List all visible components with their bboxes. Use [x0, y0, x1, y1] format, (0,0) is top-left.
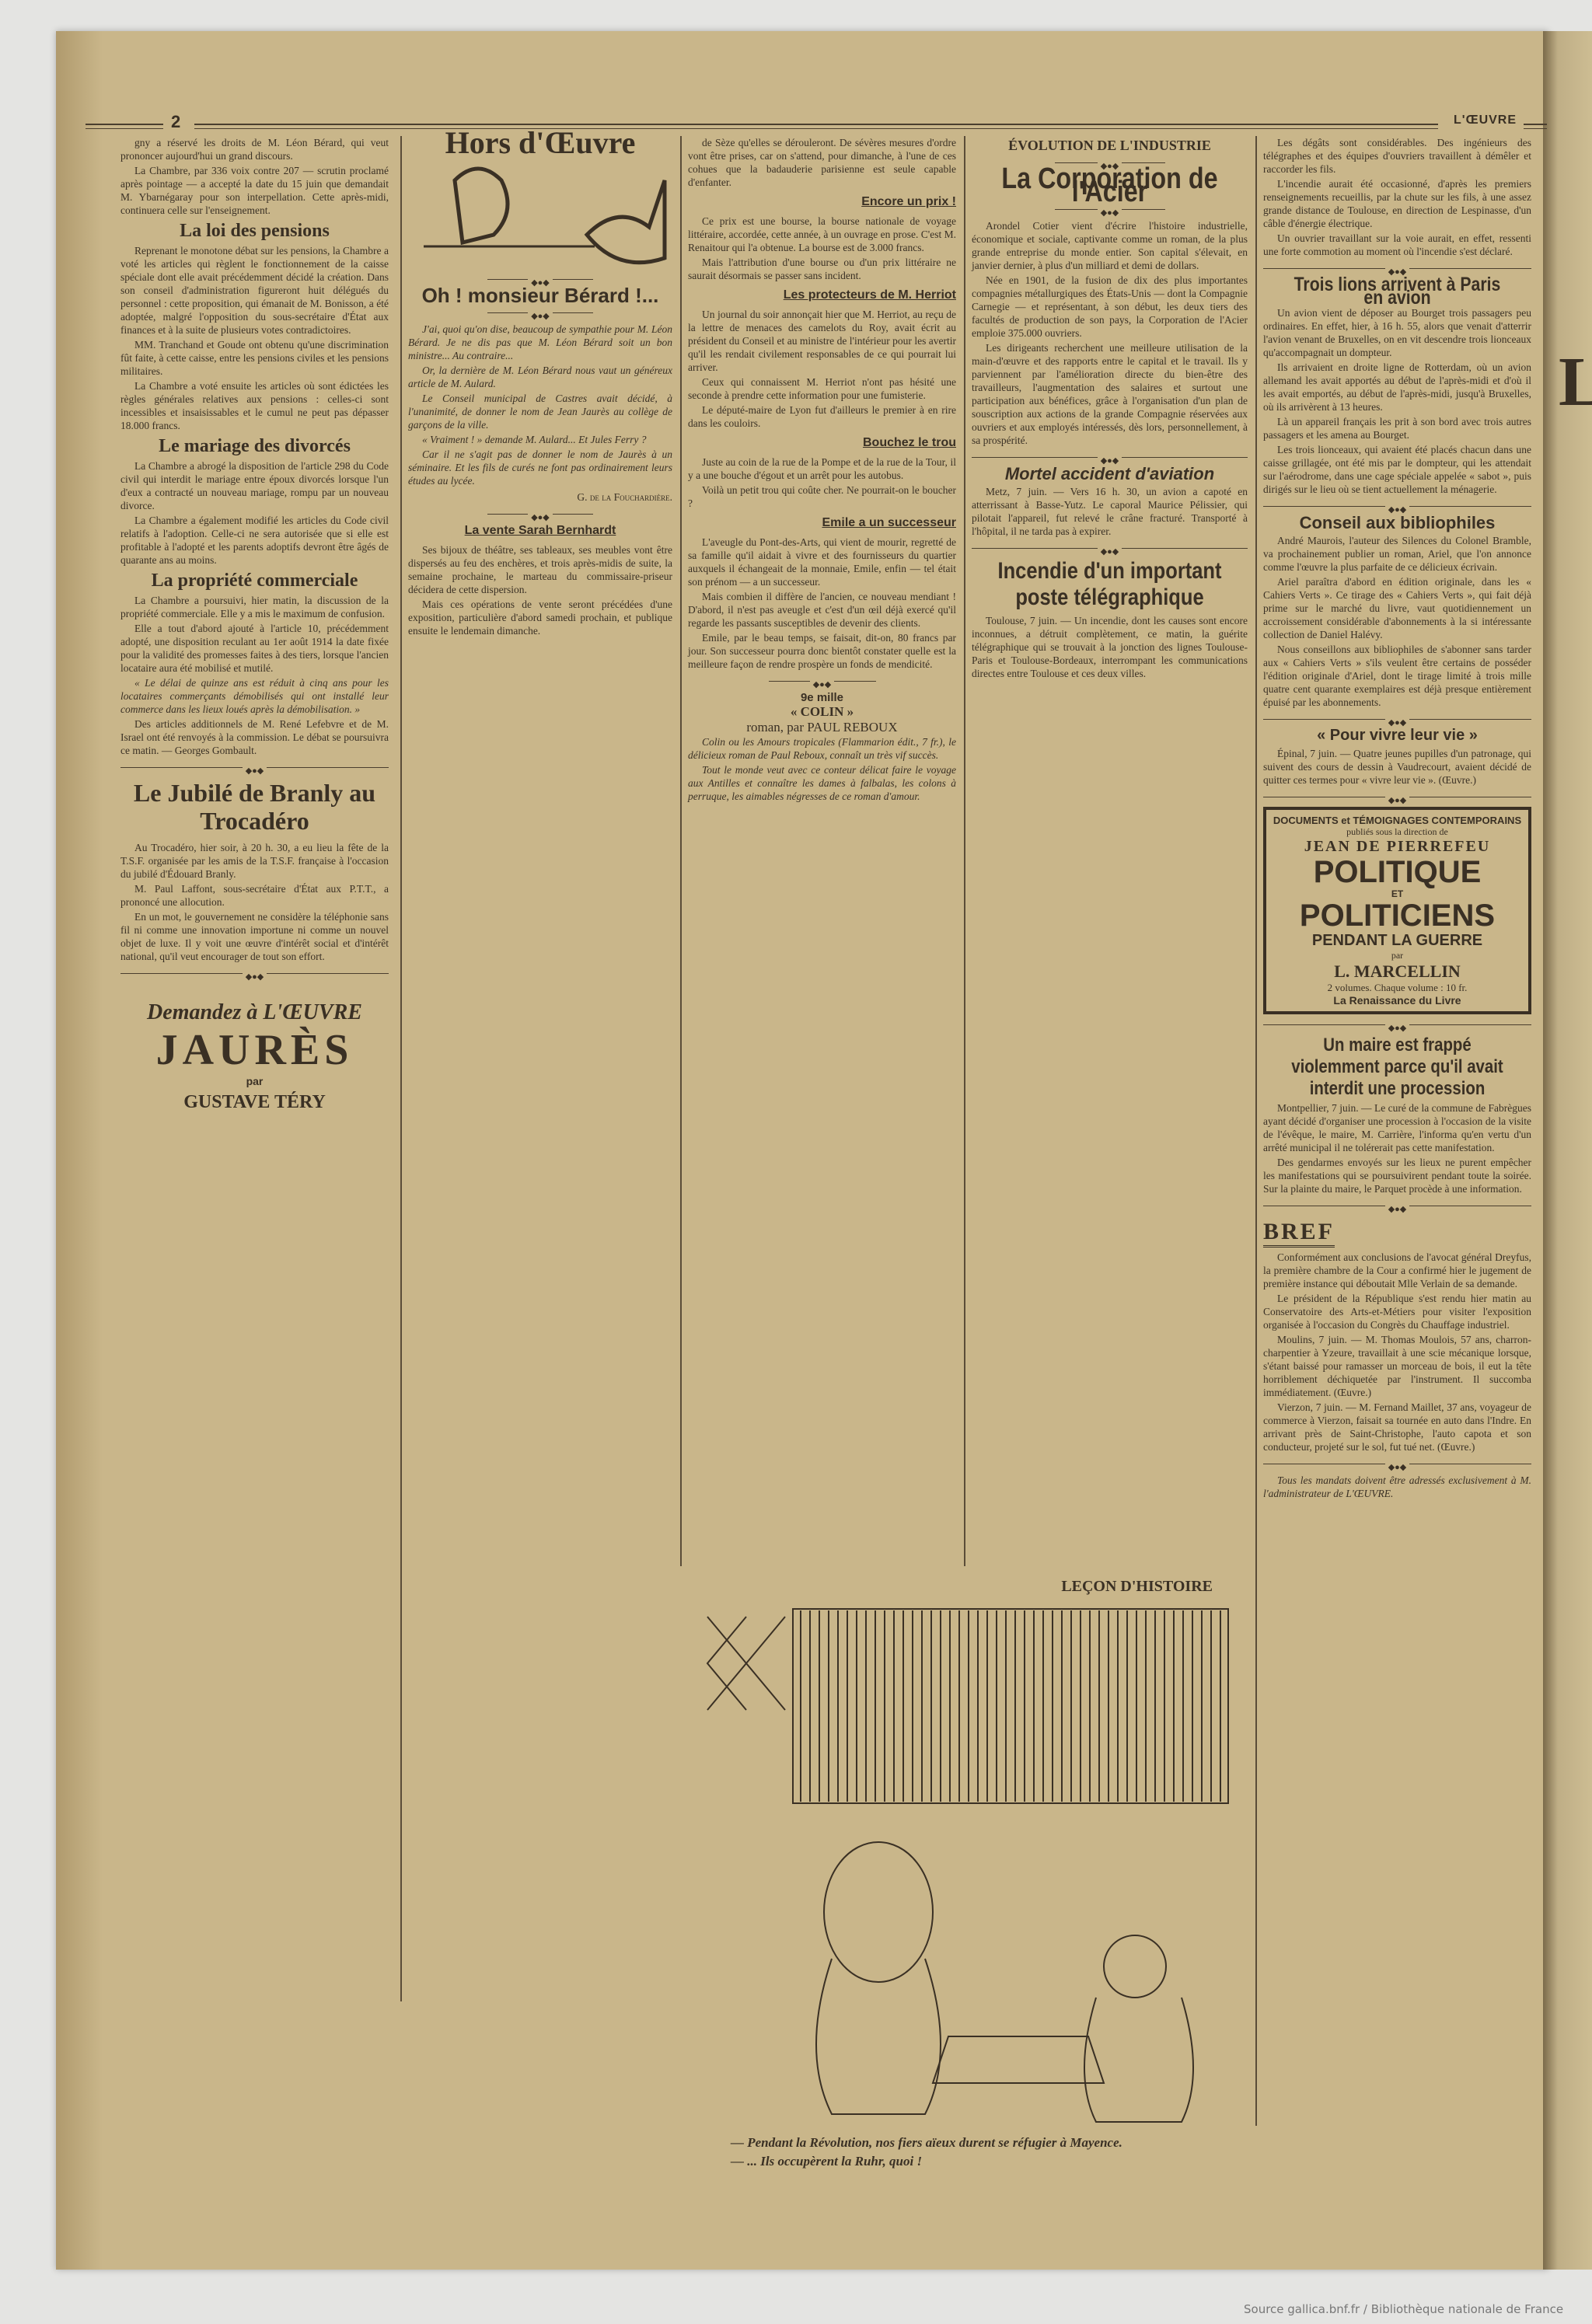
ad-colin-text: Colin ou les Amours tropicales (Flammari…	[688, 735, 956, 803]
ad-colin-edition: 9e mille	[688, 691, 956, 704]
page-edge	[56, 31, 103, 2270]
paragraph: Elle a tout d'abord ajouté à l'article 1…	[120, 622, 389, 675]
article-lions: Un avion vient de déposer au Bourget tro…	[1263, 306, 1531, 496]
cartoon-lecon-histoire: LEÇON D'HISTOIRE	[700, 1570, 1244, 2130]
paragraph: Mais ces opérations de vente seront préc…	[408, 598, 672, 637]
ad-colin: 9e mille « COLIN » roman, par PAUL REBOU…	[688, 691, 956, 735]
headline-maire: Un maire est frappé violemment parce qu'…	[1283, 1035, 1511, 1100]
column-3: de Sèze qu'elles se dérouleront. De sévè…	[688, 136, 956, 804]
paragraph: Un journal du soir annonçait hier que M.…	[688, 308, 956, 374]
ad-title1: POLITIQUE	[1271, 856, 1524, 888]
paragraph: Ils arrivaient en droite ligne de Rotter…	[1263, 361, 1531, 414]
ad-by: par	[1271, 950, 1524, 961]
article-incendie: Toulouse, 7 juin. — Un incendie, dont le…	[972, 614, 1248, 680]
headline-propriete: La propriété commerciale	[120, 574, 389, 588]
paragraph: Metz, 7 juin. — Vers 16 h. 30, un avion …	[972, 485, 1248, 538]
ad-line1: DOCUMENTS et TÉMOIGNAGES CONTEMPORAINS	[1271, 815, 1524, 826]
paragraph: Colin ou les Amours tropicales (Flammari…	[688, 735, 956, 762]
column-rule	[964, 136, 965, 1566]
paragraph: Les dégâts sont considérables. Des ingén…	[1263, 136, 1531, 176]
headline-mariage: Le mariage des divorcés	[120, 440, 389, 453]
masthead: L'ŒUVRE	[1454, 113, 1517, 127]
article-propriete-closing: Des articles additionnels de M. René Lef…	[120, 717, 389, 757]
ornament-divider: ◆●◆	[1263, 1460, 1531, 1467]
paragraph: En un mot, le gouvernement ne considère …	[120, 910, 389, 963]
paragraph: Toulouse, 7 juin. — Un incendie, dont le…	[972, 614, 1248, 680]
ornament-divider: ◆●◆	[120, 969, 389, 977]
paragraph: Reprenant le monotone débat sur les pens…	[120, 244, 389, 337]
paragraph: Voilà un petit trou qui coûte cher. Ne p…	[688, 483, 956, 510]
ornament-divider: ◆●◆	[688, 677, 956, 685]
notice-mandats: Tous les mandats doivent être adressés e…	[1263, 1474, 1531, 1500]
article-sarah: Ses bijoux de théâtre, ses tableaux, ses…	[408, 543, 672, 637]
ad-line2: publiés sous la direction de	[1271, 826, 1524, 838]
article-branly: Au Trocadéro, hier soir, à 20 h. 30, a e…	[120, 841, 389, 963]
article-aviation: Metz, 7 juin. — Vers 16 h. 30, un avion …	[972, 485, 1248, 538]
headline-branly: Le Jubilé de Branly au Trocadéro	[120, 779, 389, 835]
source-credit: Source gallica.bnf.fr / Bibliothèque nat…	[1244, 2302, 1563, 2316]
ad-jaures: Demandez à L'ŒUVRE JAURÈS par GUSTAVE TÉ…	[120, 1000, 389, 1113]
paragraph: Moulins, 7 juin. — M. Thomas Moulois, 57…	[1263, 1333, 1531, 1399]
subhead-herriot: Les protecteurs de M. Herriot	[688, 288, 956, 302]
ad-colin-title: « COLIN »	[688, 704, 956, 720]
col3-intro: de Sèze qu'elles se dérouleront. De sévè…	[688, 136, 956, 189]
paragraph: Au Trocadéro, hier soir, à 20 h. 30, a e…	[120, 841, 389, 881]
article-mariage: La Chambre a abrogé la disposition de l'…	[120, 459, 389, 567]
ornament-divider: ◆●◆	[972, 205, 1248, 213]
paragraph: Épinal, 7 juin. — Quatre jeunes pupilles…	[1263, 747, 1531, 787]
paragraph: Arondel Cotier vient d'écrire l'histoire…	[972, 219, 1248, 272]
paragraph: Nous conseillons aux bibliophiles de s'a…	[1263, 643, 1531, 709]
headline-pensions: La loi des pensions	[120, 225, 389, 238]
ornament-divider: ◆●◆	[1263, 264, 1531, 272]
paragraph: Les trois lionceaux, qui avaient été pla…	[1263, 443, 1531, 496]
paragraph: Juste au coin de la rue de la Pompe et d…	[688, 455, 956, 482]
column-rule	[1255, 136, 1257, 2126]
article-vivre: Épinal, 7 juin. — Quatre jeunes pupilles…	[1263, 747, 1531, 787]
cartoon-title: LEÇON D'HISTOIRE	[1061, 1578, 1213, 1596]
paragraph: Ariel paraîtra d'abord en édition origin…	[1263, 575, 1531, 641]
ad-price: 2 volumes. Chaque volume : 10 fr.	[1271, 982, 1524, 994]
headline-berard: Oh ! monsieur Bérard !...	[408, 289, 672, 302]
ornament-divider: ◆●◆	[1263, 793, 1531, 801]
headline-vivre: « Pour vivre leur vie »	[1263, 729, 1531, 742]
subhead-trou: Bouchez le trou	[688, 436, 956, 449]
ad-et: ET	[1271, 888, 1524, 899]
paragraph: « Le délai de quinze ans est réduit à ci…	[120, 676, 389, 716]
rubric-illustration-icon	[408, 149, 672, 266]
paragraph: Ce prix est une bourse, la bourse nation…	[688, 215, 956, 254]
paragraph: Un avion vient de déposer au Bourget tro…	[1263, 306, 1531, 359]
ornament-divider: ◆●◆	[408, 275, 672, 283]
article-trou: Juste au coin de la rue de la Pompe et d…	[688, 455, 956, 510]
column-rule	[400, 136, 402, 2001]
article-herriot: Un journal du soir annonçait hier que M.…	[688, 308, 956, 430]
article-pensions: Reprenant le monotone débat sur les pens…	[120, 244, 389, 432]
article-bref: Conformément aux conclusions de l'avocat…	[1263, 1251, 1531, 1453]
ornament-divider: ◆●◆	[1263, 1202, 1531, 1209]
kicker-industrie: ÉVOLUTION DE L'INDUSTRIE	[972, 139, 1248, 152]
column-2: Hors d'Œuvre ◆●◆ Oh ! monsieur Bérard !.…	[408, 136, 672, 639]
ad-publisher: La Renaissance du Livre	[1271, 994, 1524, 1007]
paragraph: La Chambre, par 336 voix contre 207 — sc…	[120, 164, 389, 217]
ornament-divider: ◆●◆	[972, 544, 1248, 552]
ornament-divider: ◆●◆	[1263, 715, 1531, 723]
cartoon-caption: — Pendant la Révolution, nos fiers aïeux…	[731, 2134, 1122, 2171]
paragraph: Or, la dernière de M. Léon Bérard nous v…	[408, 364, 672, 390]
paragraph: La Chambre a abrogé la disposition de l'…	[120, 459, 389, 512]
page-number: 2	[171, 112, 180, 132]
article-maire: Montpellier, 7 juin. — Le curé de la com…	[1263, 1101, 1531, 1195]
ad-title3: PENDANT LA GUERRE	[1271, 932, 1524, 950]
page-header: 2 L'ŒUVRE	[86, 117, 1547, 132]
article-prix: Ce prix est une bourse, la bourse nation…	[688, 215, 956, 282]
ornament-divider: ◆●◆	[1263, 1021, 1531, 1028]
article-propriete-quote: « Le délai de quinze ans est réduit à ci…	[120, 676, 389, 716]
column-1: gny a réservé les droits de M. Léon Béra…	[120, 136, 389, 1113]
paragraph: Conformément aux conclusions de l'avocat…	[1263, 1251, 1531, 1290]
paragraph: J'ai, quoi qu'on dise, beaucoup de sympa…	[408, 323, 672, 362]
cartoon-illustration-icon	[700, 1601, 1244, 2130]
paragraph: Les dirigeants recherchent une meilleure…	[972, 341, 1248, 447]
paragraph: Mais l'attribution d'une bourse ou d'un …	[688, 256, 956, 282]
ad-jaures-by: par	[120, 1075, 389, 1087]
paragraph: Le député-maire de Lyon fut d'ailleurs l…	[688, 403, 956, 430]
ad-colin-byline: roman, par PAUL REBOUX	[688, 720, 956, 735]
col5-intro: Les dégâts sont considérables. Des ingén…	[1263, 136, 1531, 258]
ornament-divider: ◆●◆	[408, 309, 672, 316]
article-acier: Arondel Cotier vient d'écrire l'histoire…	[972, 219, 1248, 447]
ad-title2: POLITICIENS	[1271, 899, 1524, 932]
column-rule	[680, 136, 682, 1566]
ornament-divider: ◆●◆	[1263, 502, 1531, 510]
headline-incendie: Incendie d'un important poste télégraphi…	[993, 558, 1227, 611]
paragraph: Vierzon, 7 juin. — M. Fernand Maillet, 3…	[1263, 1401, 1531, 1453]
paragraph: André Maurois, l'auteur des Silences du …	[1263, 534, 1531, 574]
ad-jaures-author: GUSTAVE TÉRY	[120, 1092, 389, 1113]
headline-lions: Trois lions arrivent à Paris en avion	[1283, 278, 1511, 305]
headline-bref: BREF	[1263, 1219, 1335, 1247]
subhead-sarah: La vente Sarah Bernhardt	[408, 524, 672, 537]
ad-jaures-line1: Demandez à L'ŒUVRE	[120, 1000, 389, 1025]
subhead-emile: Emile a un successeur	[688, 516, 956, 529]
paragraph: Montpellier, 7 juin. — Le curé de la com…	[1263, 1101, 1531, 1154]
paragraph: La Chambre a voté ensuite les articles o…	[120, 379, 389, 432]
paragraph: L'aveugle du Pont-des-Arts, qui vient de…	[688, 536, 956, 588]
ornament-divider: ◆●◆	[120, 763, 389, 771]
article-propriete: La Chambre a poursuivi, hier matin, la d…	[120, 594, 389, 675]
paragraph: La Chambre a également modifié les artic…	[120, 514, 389, 567]
paragraph: L'incendie aurait été occasionné, d'aprè…	[1263, 177, 1531, 230]
paragraph: Le président de la République s'est rend…	[1263, 1292, 1531, 1331]
rubric-hors-doeuvre: Hors d'Œuvre	[408, 136, 672, 149]
paragraph: Emile, par le beau temps, se faisait, di…	[688, 631, 956, 671]
paragraph: gny a réservé les droits de M. Léon Béra…	[120, 136, 389, 162]
signature: G. de la Fouchardière.	[408, 490, 672, 504]
ornament-divider: ◆●◆	[972, 453, 1248, 461]
ad-line3: JEAN DE PIERREFEU	[1271, 838, 1524, 856]
paragraph: Mais combien il diffère de l'ancien, ce …	[688, 590, 956, 630]
headline-aviation: Mortel accident d'aviation	[972, 467, 1248, 480]
ornament-divider: ◆●◆	[408, 510, 672, 518]
headline-biblio: Conseil aux bibliophiles	[1263, 516, 1531, 529]
article-biblio: André Maurois, l'auteur des Silences du …	[1263, 534, 1531, 709]
paragraph: Car il ne s'agit pas de donner le nom de…	[408, 448, 672, 487]
headline-acier: La Corporation de l'Acier	[993, 173, 1227, 199]
paragraph: Ses bijoux de théâtre, ses tableaux, ses…	[408, 543, 672, 596]
paragraph: Née en 1901, de la fusion de dix des plu…	[972, 274, 1248, 340]
paragraph: « Vraiment ! » demande M. Aulard... Et J…	[408, 433, 672, 446]
col1-intro: gny a réservé les droits de M. Léon Béra…	[120, 136, 389, 217]
article-berard: J'ai, quoi qu'on dise, beaucoup de sympa…	[408, 323, 672, 487]
paragraph: Des gendarmes envoyés sur les lieux ne p…	[1263, 1156, 1531, 1195]
paragraph: Ceux qui connaissent M. Herriot n'ont pa…	[688, 375, 956, 402]
paragraph: La Chambre a poursuivi, hier matin, la d…	[120, 594, 389, 620]
ad-politique: DOCUMENTS et TÉMOIGNAGES CONTEMPORAINS p…	[1263, 807, 1531, 1014]
paragraph: Là un appareil français les prit à son b…	[1263, 415, 1531, 441]
column-4: ÉVOLUTION DE L'INDUSTRIE ◆●◆ La Corporat…	[972, 136, 1248, 682]
caption-line-1: — Pendant la Révolution, nos fiers aïeux…	[731, 2134, 1122, 2152]
article-emile: L'aveugle du Pont-des-Arts, qui vient de…	[688, 536, 956, 671]
paragraph: MM. Tranchand et Goude ont obtenu qu'une…	[120, 338, 389, 378]
ad-jaures-title: JAURÈS	[120, 1025, 389, 1075]
paragraph: Un ouvrier travaillant sur la voie aurai…	[1263, 232, 1531, 258]
paragraph: Tout le monde veut avec ce conteur délic…	[688, 763, 956, 803]
paragraph: Le Conseil municipal de Castres avait dé…	[408, 392, 672, 431]
subhead-prix: Encore un prix !	[688, 195, 956, 208]
column-5: Les dégâts sont considérables. Des ingén…	[1263, 136, 1531, 1502]
adjacent-page-edge: L	[1543, 31, 1592, 2270]
caption-line-2: — ... Ils occupèrent la Ruhr, quoi !	[731, 2152, 1122, 2171]
paragraph: M. Paul Laffont, sous-secrétaire d'État …	[120, 882, 389, 909]
ad-author: L. MARCELLIN	[1271, 961, 1524, 982]
